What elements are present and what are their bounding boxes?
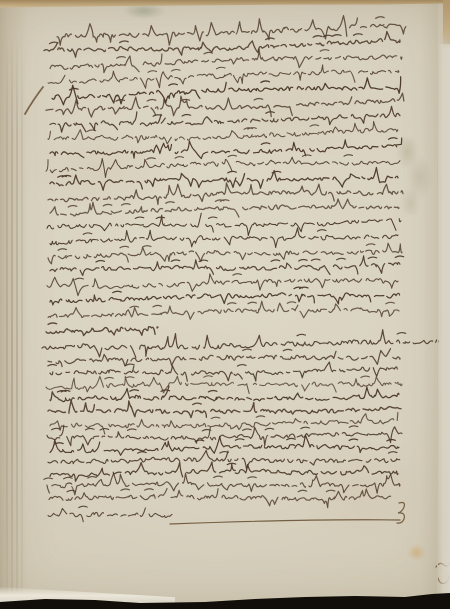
manuscript-scan-frame [0, 0, 450, 609]
book-corner-edge [443, 0, 450, 48]
handwriting-ink-layer [0, 0, 450, 609]
manuscript-text-line [50, 225, 398, 251]
manuscript-text-line [50, 460, 398, 481]
manuscript-text-line [48, 506, 172, 522]
manuscript-text-line [50, 285, 400, 308]
manuscript-text-line [50, 413, 398, 435]
manuscript-text-line [46, 90, 404, 122]
manuscript-text-line [44, 471, 400, 495]
manuscript-text-line [52, 77, 401, 106]
manuscript-text-line [50, 167, 398, 194]
manuscript-text-line [49, 487, 391, 509]
manuscript-text-line [48, 360, 398, 384]
manuscript-text-line [50, 383, 399, 403]
manuscript-text-line [47, 271, 398, 297]
manuscript-text-line [48, 397, 401, 419]
manuscript-text-line [50, 196, 399, 221]
page-fore-edge [437, 44, 450, 601]
margin-slash-mark [25, 87, 43, 114]
manuscript-page [0, 0, 450, 609]
manuscript-text-line [42, 329, 438, 359]
closing-flourish-line [170, 520, 400, 524]
manuscript-text-line [48, 449, 400, 471]
manuscript-text-line [46, 373, 402, 396]
manuscript-text-line [46, 321, 158, 336]
manuscript-text-line [50, 255, 404, 279]
manuscript-text-line [46, 151, 400, 178]
manuscript-text-line [48, 347, 400, 369]
